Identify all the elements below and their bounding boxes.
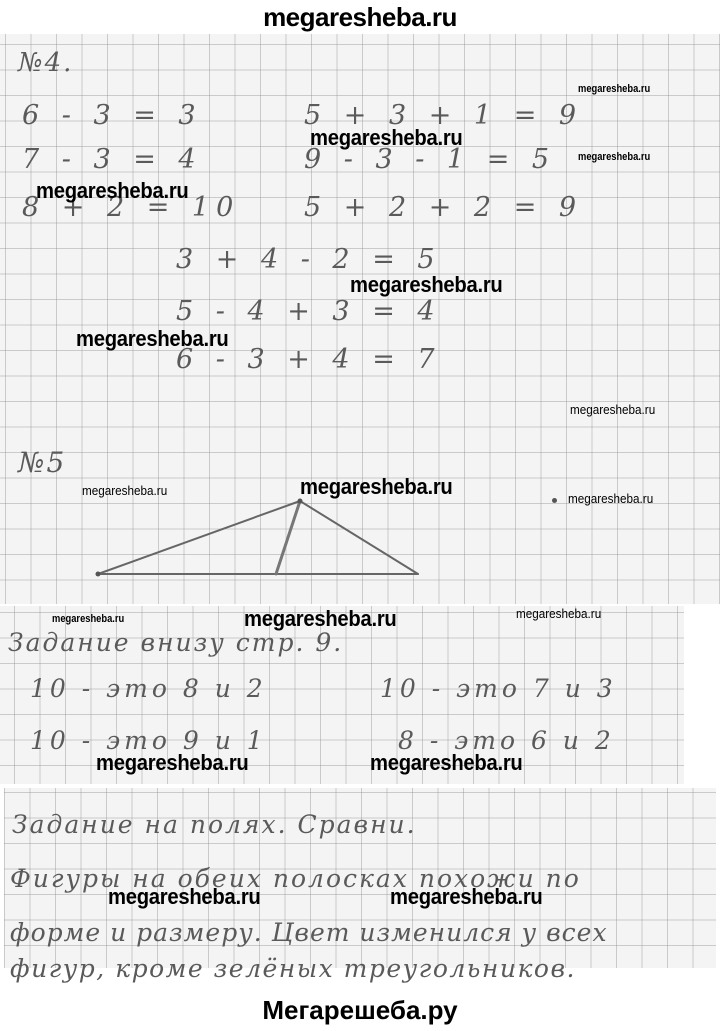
watermark: megaresheba.ru <box>244 606 397 632</box>
triangle-figure <box>0 34 720 604</box>
notebook-sheet-2: Задание внизу стр. 9. 10 - это 8 и 2 10 … <box>0 606 684 784</box>
site-footer: Мегарешеба.ру <box>0 990 720 1030</box>
notebook-sheet-3: Задание на полях. Сравни. Фигуры на обеи… <box>4 788 716 968</box>
watermark: megaresheba.ru <box>370 750 523 776</box>
watermark: megaresheba.ru <box>578 83 650 95</box>
task-title: Задание внизу стр. 9. <box>8 628 343 657</box>
task-title: Задание на полях. Сравни. <box>12 810 417 839</box>
watermark: megaresheba.ru <box>96 750 249 776</box>
notebook-sheet-1: №4. 6 - 3 = 3 7 - 3 = 4 8 + 2 = 10 5 + 3… <box>0 34 720 604</box>
watermark: megaresheba.ru <box>570 402 655 417</box>
watermark: megaresheba.ru <box>300 474 453 500</box>
watermark: megaresheba.ru <box>350 272 503 298</box>
watermark: megaresheba.ru <box>578 151 650 163</box>
watermark: megaresheba.ru <box>76 326 229 352</box>
watermark: megaresheba.ru <box>310 125 463 151</box>
triangle-left-side <box>98 501 300 574</box>
number-composition: 10 - это 7 и 3 <box>380 674 617 703</box>
watermark: megaresheba.ru <box>82 483 167 498</box>
watermark: megaresheba.ru <box>108 884 261 910</box>
watermark: megaresheba.ru <box>390 884 543 910</box>
dividing-segment <box>276 501 300 574</box>
watermark: megaresheba.ru <box>568 491 653 506</box>
pencil-dot <box>552 498 557 503</box>
site-header: megaresheba.ru <box>0 0 720 34</box>
watermark: megaresheba.ru <box>52 613 124 625</box>
answer-line: форме и размеру. Цвет изменился у всех <box>10 918 608 947</box>
number-composition: 10 - это 8 и 2 <box>30 674 267 703</box>
triangle-right-side <box>300 501 418 574</box>
watermark: megaresheba.ru <box>516 606 601 621</box>
answer-line: фигур, кроме зелёных треугольников. <box>10 954 576 983</box>
watermark: megaresheba.ru <box>36 178 189 204</box>
